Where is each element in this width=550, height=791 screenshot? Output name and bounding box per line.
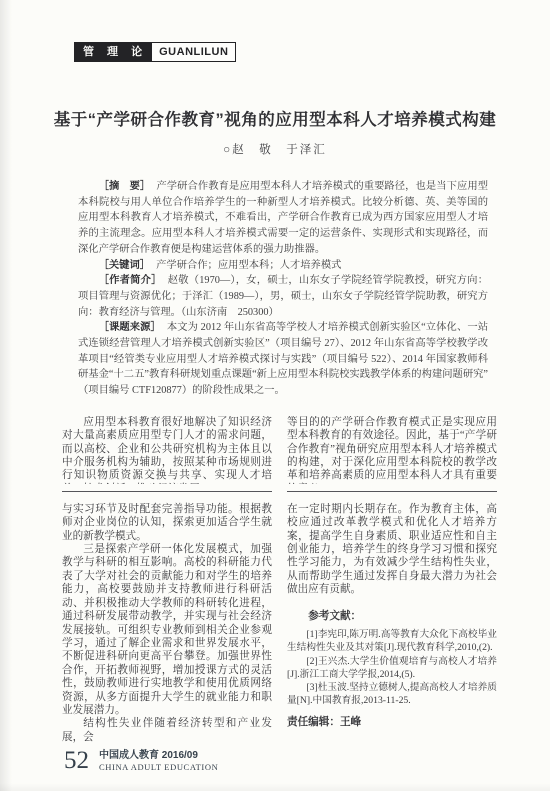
article-title: 基于“产学研合作教育”视角的应用型本科人才培养模式构建	[30, 106, 520, 130]
column-continuation-divider	[287, 491, 497, 492]
page-number: 52	[64, 749, 89, 773]
reference-item: [3]杜玉波.坚持立德树人,提高高校人才培养质量[N].中国教育报,2013-1…	[287, 681, 497, 707]
column-continuation-divider	[62, 491, 272, 492]
right-column: 等目的的产学研合作教育模式正是实现应用型本科教育的有效途径。因此，基于“产学研合…	[287, 416, 497, 744]
left-column-top: 应用型本科教育很好地解决了知识经济对大量高素质应用型专门人才的需求问题，而以高校…	[62, 416, 272, 484]
journal-page: 管 理 论 GUANLILUN 基于“产学研合作教育”视角的应用型本科人才培养模…	[0, 0, 550, 791]
front-matter: ［摘 要］产学研合作教育是应用型本科人才培养模式的重要路径，也是当下应用型本科院…	[78, 179, 488, 399]
page-footer: 52 中国成人教育 2016/09 CHINA ADULT EDUCATION	[64, 749, 218, 773]
editor-line: 责任编辑：王峰	[287, 716, 497, 729]
category-tag: 管 理 论 GUANLILUN	[74, 42, 236, 62]
body-paragraph: 结构性失业伴随着经济转型和产业发展，会	[62, 717, 272, 744]
journal-title-cn: 中国成人教育 2016/09	[99, 750, 218, 762]
body-paragraph: 等目的的产学研合作教育模式正是实现应用型本科教育的有效途径。因此，基于“产学研合…	[287, 416, 497, 484]
keywords-paragraph: ［关键词］产学研合作；应用型本科；人才培养模式	[78, 258, 488, 274]
abstract-paragraph: ［摘 要］产学研合作教育是应用型本科人才培养模式的重要路径，也是当下应用型本科院…	[78, 179, 488, 258]
project-source-label: ［课题来源］	[99, 322, 167, 333]
abstract-label: ［摘 要］	[99, 181, 157, 192]
keywords-label: ［关键词］	[99, 260, 156, 271]
author-bio-paragraph: ［作者简介］赵敬（1970—），女，硕士，山东女子学院经管学院教授，研究方向：项…	[78, 273, 488, 320]
keywords-text: 产学研合作；应用型本科；人才培养模式	[156, 260, 341, 271]
journal-title-block: 中国成人教育 2016/09 CHINA ADULT EDUCATION	[99, 749, 218, 773]
category-label-cn: 管 理 论	[74, 42, 151, 62]
reference-item: [2]王兴杰.大学生价值观培育与高校人才培养[J].浙江工商大学学报,2014,…	[287, 655, 497, 681]
project-source-text: 本文为 2012 年山东省高等学校人才培养模式创新实验区“立体化、一站式连锁经营…	[78, 322, 488, 396]
body-paragraph: 三是探索产学研一体化发展模式，加强教学与科研的相互影响。高校的科研能力代表了大学…	[62, 543, 272, 717]
journal-title-en: CHINA ADULT EDUCATION	[99, 762, 218, 773]
body-paragraph: 与实习环节及时配套完善指导功能。根据教师对企业岗位的认知，探索更加适合学生就业的…	[62, 503, 272, 543]
project-source-paragraph: ［课题来源］本文为 2012 年山东省高等学校人才培养模式创新实验区“立体化、一…	[78, 320, 488, 399]
article-body: 应用型本科教育很好地解决了知识经济对大量高素质应用型专门人才的需求问题，而以高校…	[62, 416, 497, 744]
category-label-pinyin: GUANLILUN	[151, 42, 236, 62]
reference-item: [1]李宪印,陈万明.高等教育大众化下高校毕业生结构性失业及其对策[J].现代教…	[287, 628, 497, 654]
right-column-top: 等目的的产学研合作教育模式正是实现应用型本科教育的有效途径。因此，基于“产学研合…	[287, 416, 497, 484]
left-column: 应用型本科教育很好地解决了知识经济对大量高素质应用型专门人才的需求问题，而以高校…	[62, 416, 272, 744]
abstract-text: 产学研合作教育是应用型本科人才培养模式的重要路径，也是当下应用型本科院校与用人单…	[78, 181, 488, 255]
body-paragraph: 应用型本科教育很好地解决了知识经济对大量高素质应用型专门人才的需求问题，而以高校…	[62, 416, 272, 484]
body-paragraph: 在一定时期内长期存在。作为教育主体，高校应通过改革教学模式和优化人才培养方案，提…	[287, 503, 497, 597]
references-heading: 参考文献：	[287, 610, 497, 623]
author-bio-label: ［作者简介］	[99, 275, 168, 286]
authors-line: ○赵 敬 于泽汇	[0, 141, 550, 157]
